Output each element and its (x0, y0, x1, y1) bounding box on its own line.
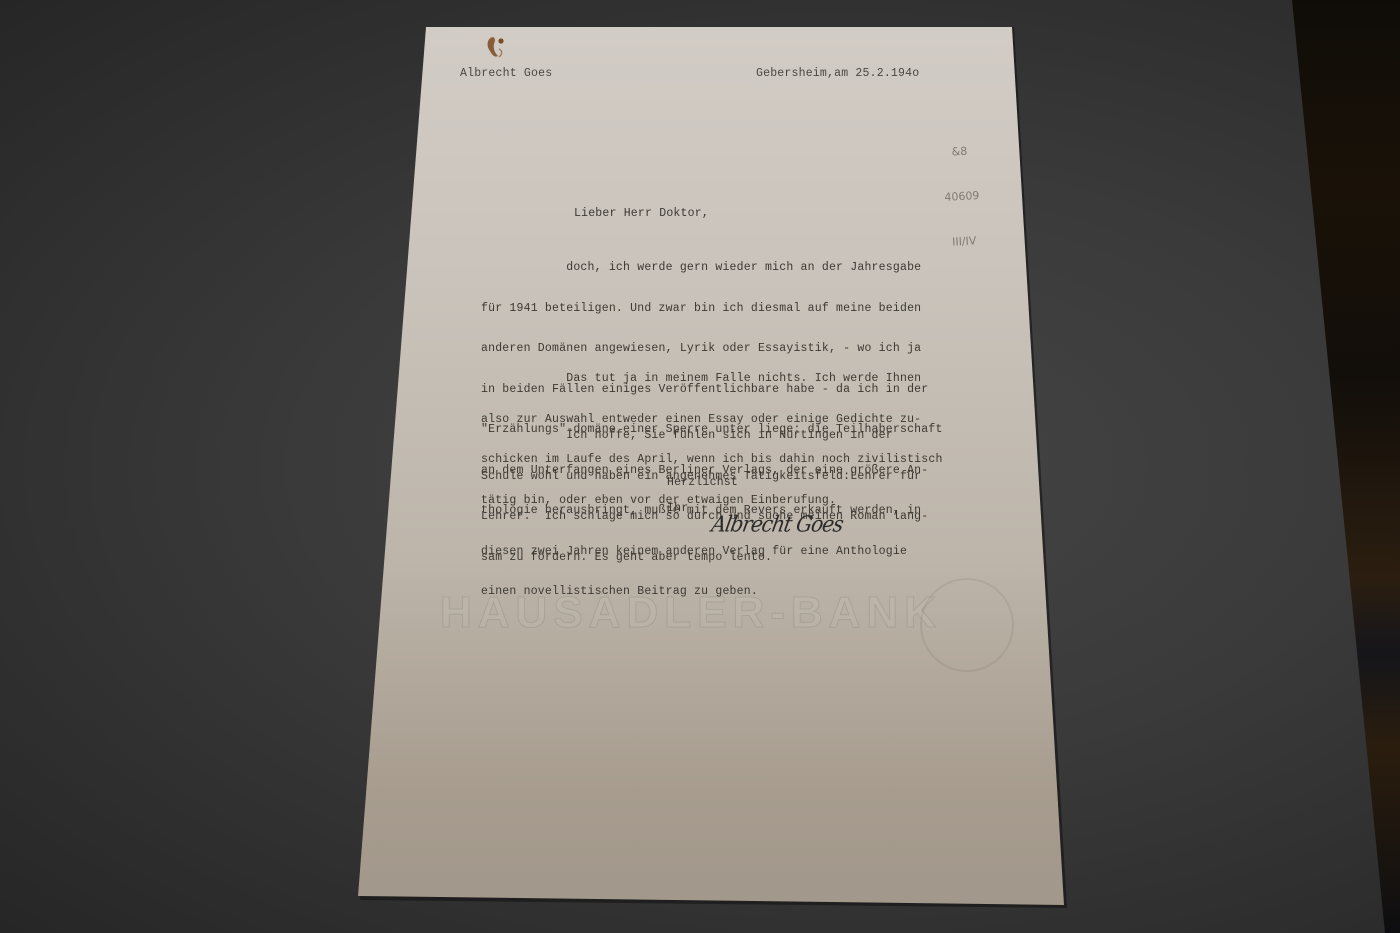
ink-stain-icon (484, 34, 508, 62)
handwritten-signature: Albrecht Goes (710, 511, 845, 537)
text-line: einen novellistischen Beitrag zu geben. (481, 585, 943, 599)
closing-ihr: Ihr (667, 502, 688, 516)
text-line: Lehrer. Ich schlage mich so durch und su… (481, 510, 928, 524)
archive-note-line: &8 (942, 143, 978, 160)
place-date: Gebersheim,am 25.2.194o (756, 67, 919, 81)
text-line: sam zu fördern. Es geht aber tempo lento… (481, 551, 928, 565)
archive-note-line: III/IV (946, 233, 982, 250)
archive-note-line: 40609 (944, 188, 980, 205)
paragraph-3: Ich hoffe, Sie fühlen sich in Nürtingen … (481, 402, 928, 578)
text-line: Ich hoffe, Sie fühlen sich in Nürtingen … (481, 429, 928, 443)
sender-name: Albrecht Goes (460, 67, 552, 81)
closing: Herzlichst (667, 476, 738, 490)
text-line: doch, ich werde gern wieder mich an der … (481, 261, 943, 275)
background-shelf (1270, 0, 1400, 933)
salutation: Lieber Herr Doktor, (574, 207, 709, 221)
text-line: für 1941 beteiligen. Und zwar bin ich di… (481, 302, 943, 316)
text-line: Das tut ja in meinem Falle nichts. Ich w… (481, 372, 943, 386)
